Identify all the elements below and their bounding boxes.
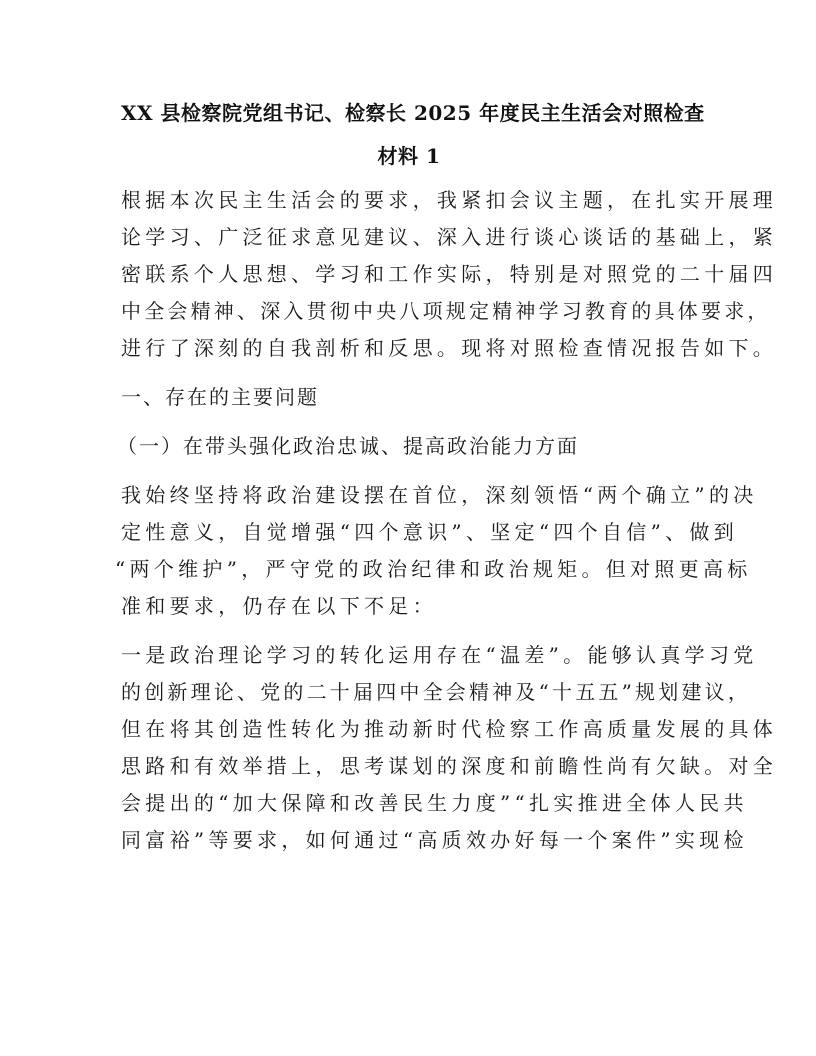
text-line: 中全会精神、深入贯彻中央八项规定精神学习教育的具体要求，: [121, 293, 697, 330]
text-line: 密联系个人思想、学习和工作实际，特别是对照党的二十届四: [121, 256, 697, 293]
text-line: 我始终坚持将政治建设摆在首位，深刻领悟“两个确立”的决: [121, 477, 697, 514]
text-line: 同富裕”等要求，如何通过“高质效办好每一个案件”实现检: [121, 822, 697, 859]
title-line-1: XX 县检察院党组书记、检察长 2025 年度民主生活会对照检查: [121, 92, 697, 135]
text-line: 一是政治理论学习的转化运用存在“温差”。能够认真学习党: [121, 637, 697, 674]
text-line: 的创新理论、党的二十届四中全会精神及“十五五”规划建议，: [121, 674, 697, 711]
title-line-2: 材料 1: [121, 135, 697, 178]
subsection-intro-paragraph: 我始终坚持将政治建设摆在首位，深刻领悟“两个确立”的决 定性意义，自觉增强“四个…: [121, 477, 697, 625]
text-line: 但在将其创造性转化为推动新时代检察工作高质量发展的具体: [121, 711, 697, 748]
document-page: XX 县检察院党组书记、检察长 2025 年度民主生活会对照检查 材料 1 根据…: [0, 0, 816, 1056]
text-line: “两个维护”，严守党的政治纪律和政治规矩。但对照更高标: [115, 551, 697, 588]
point-1-paragraph: 一是政治理论学习的转化运用存在“温差”。能够认真学习党 的创新理论、党的二十届四…: [121, 637, 697, 859]
text-line: 进行了深刻的自我剖析和反思。现将对照检查情况报告如下。: [121, 330, 697, 367]
text-line: 准和要求，仍存在以下不足：: [121, 588, 697, 625]
text-line: 根据本次民主生活会的要求，我紧扣会议主题，在扎实开展理: [121, 182, 697, 219]
text-line: 论学习、广泛征求意见建议、深入进行谈心谈话的基础上，紧: [121, 219, 697, 256]
text-line: 思路和有效举措上，思考谋划的深度和前瞻性尚有欠缺。对全: [121, 748, 697, 785]
text-line: 定性意义，自觉增强“四个意识”、坚定“四个自信”、做到: [121, 514, 697, 551]
document-title: XX 县检察院党组书记、检察长 2025 年度民主生活会对照检查 材料 1: [121, 92, 697, 178]
subsection-heading: （一）在带头强化政治忠诚、提高政治能力方面: [117, 428, 697, 465]
section-heading: 一、存在的主要问题: [121, 379, 697, 416]
intro-paragraph: 根据本次民主生活会的要求，我紧扣会议主题，在扎实开展理 论学习、广泛征求意见建议…: [121, 182, 697, 367]
document-body: XX 县检察院党组书记、检察长 2025 年度民主生活会对照检查 材料 1 根据…: [121, 92, 697, 859]
text-line: 会提出的“加大保障和改善民生力度”“扎实推进全体人民共: [121, 785, 697, 822]
